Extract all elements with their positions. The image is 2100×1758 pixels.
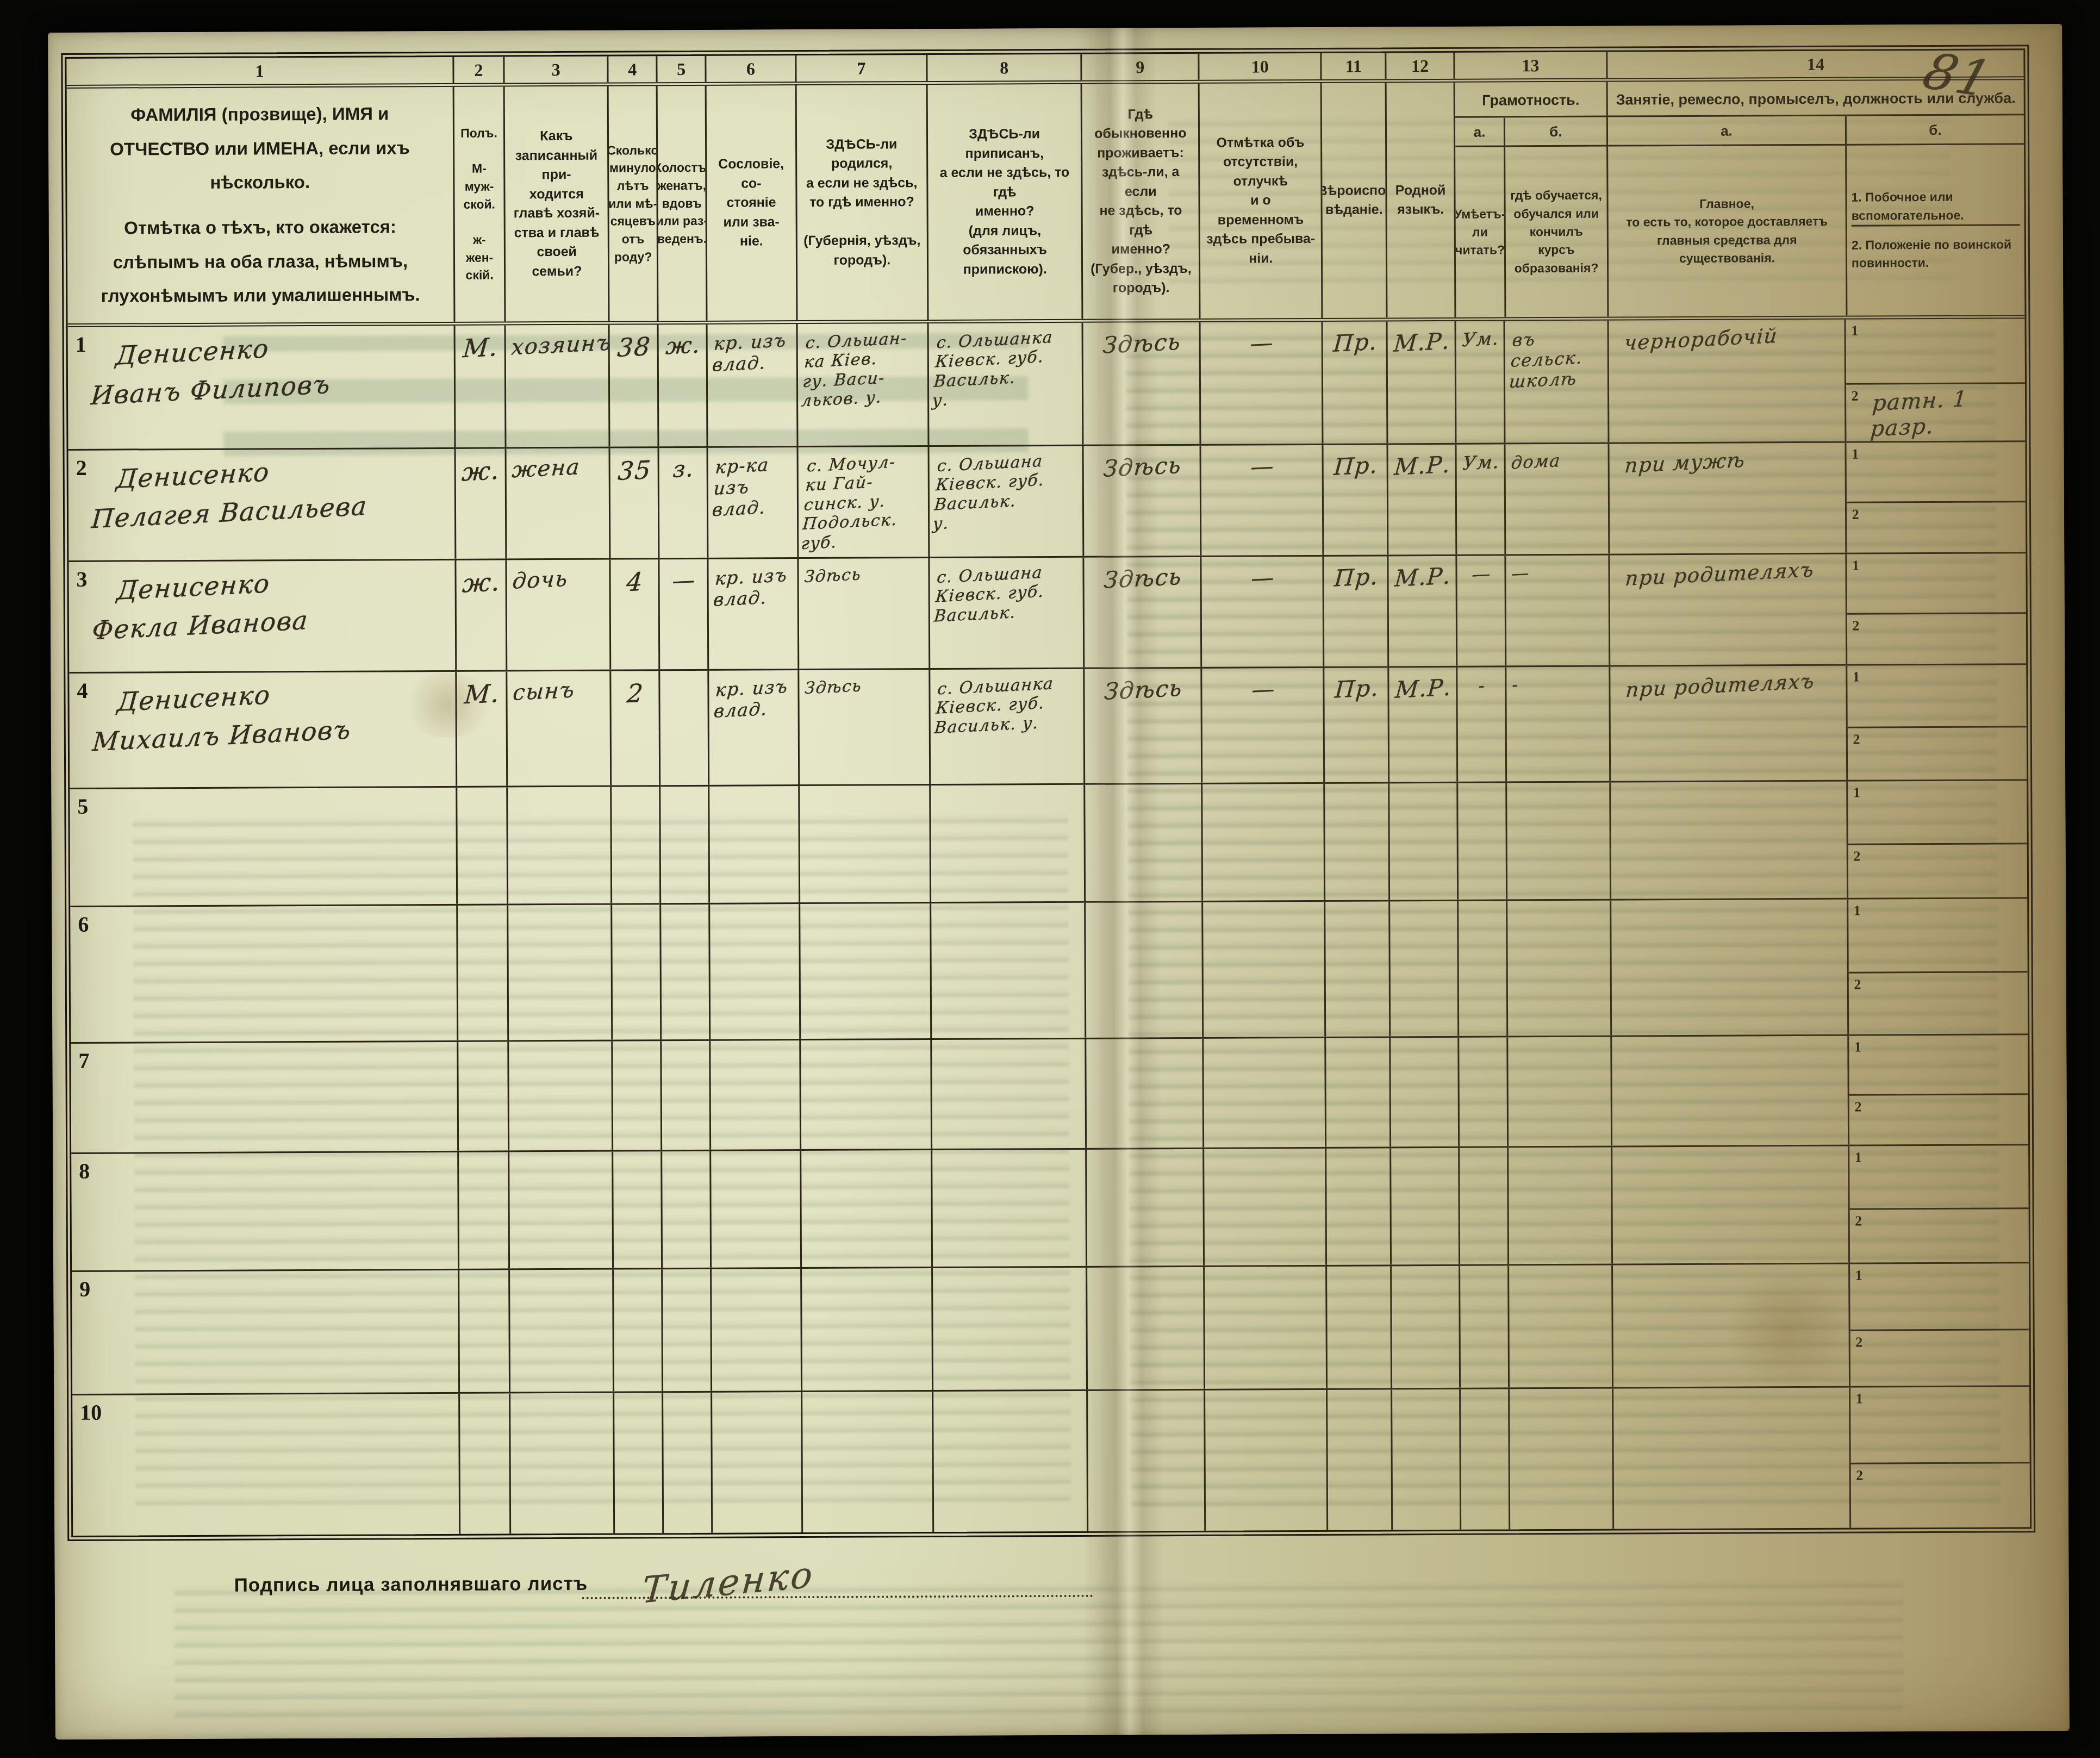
sub-number: 1 xyxy=(1854,1039,1861,1056)
cell-abs: — xyxy=(1201,445,1324,556)
handwritten-entry: с. Мочул- ки Гай- синск. у. Подольск. гу… xyxy=(800,452,902,553)
row-number: 3 xyxy=(76,566,87,592)
cell-lang xyxy=(1389,783,1459,900)
cell-live xyxy=(1086,902,1204,1038)
cell-rel: сынъ xyxy=(508,671,612,786)
side-occupation-2: 2 xyxy=(1850,1462,2030,1528)
row-number: 5 xyxy=(77,794,88,819)
cell-rel xyxy=(510,1152,614,1269)
cell-reg xyxy=(933,1268,1088,1390)
cell-live xyxy=(1087,1267,1205,1389)
cell-occ xyxy=(1612,1036,1849,1146)
header-sex: Полъ. М-муж- ской. ж-жен- скій. xyxy=(454,86,506,321)
sub-number: 2 xyxy=(1856,1468,1863,1484)
handwritten-entry: сынъ xyxy=(512,677,576,706)
cell-sex: М. xyxy=(455,325,507,447)
column-number: 4 xyxy=(609,56,658,82)
handwritten-entry: въ сельск. школѣ xyxy=(1509,326,1605,392)
surname: Денисенко xyxy=(115,334,270,371)
cell-faith: Пр. xyxy=(1324,445,1389,555)
cell-school: — xyxy=(1506,556,1611,666)
cell-mar xyxy=(661,905,711,1039)
cell-lang xyxy=(1392,1389,1461,1530)
row-number: 1 xyxy=(76,332,86,357)
column-number: 5 xyxy=(658,56,707,82)
side-occupation-1: 1 xyxy=(1846,319,2025,383)
cell-est: кр. изъ влад. xyxy=(709,670,800,785)
handwritten-entry: 2 xyxy=(626,678,645,709)
cell-faith: Пр. xyxy=(1325,668,1390,782)
cell-sex xyxy=(460,1393,512,1533)
side-occupation-2: 2 xyxy=(1849,1093,2028,1145)
occupation-sub-b: б. 1. Побочное или вспомогательное. 2. П… xyxy=(1847,116,2025,316)
cell-faith xyxy=(1328,1389,1393,1530)
column-number: 8 xyxy=(927,54,1082,81)
handwritten-entry: с. Ольшанка Кіевск. губ. Васильк. у. xyxy=(934,674,1055,738)
cell-number-and-name: 10 xyxy=(72,1394,460,1536)
cell-born xyxy=(802,1392,934,1532)
cell-live xyxy=(1087,1039,1205,1148)
cell-occupation-side: 12 xyxy=(1849,1035,2028,1144)
cell-faith: Пр. xyxy=(1324,556,1389,666)
side-occupation-2: 2 xyxy=(1848,843,2027,897)
handwritten-entry: 35 xyxy=(617,455,653,486)
cell-school: дома xyxy=(1506,444,1610,554)
cell-occupation-side: 12 xyxy=(1849,1145,2029,1262)
cell-abs xyxy=(1203,784,1326,901)
handwritten-entry: кр. изъ влад. xyxy=(712,330,787,376)
cell-mar xyxy=(663,1269,712,1391)
cell-faith xyxy=(1326,901,1391,1037)
side-occupation-2: 2 xyxy=(1847,726,2027,780)
cell-occ xyxy=(1612,1146,1850,1264)
cell-born xyxy=(801,1040,932,1149)
cell-abs xyxy=(1205,1390,1328,1531)
person-row: 1ДенисенкоИванъ ФилиповъМ.хозяинъ38ж.кр.… xyxy=(68,319,2026,451)
header-residence: Гдѣ обыкновенно проживаетъ: здѣсь-ли, а … xyxy=(1082,84,1201,319)
occupation-subcolumns: а. Главное, то есть то, которое доставля… xyxy=(1608,116,2025,317)
side-occupation-1: 1 xyxy=(1847,665,2027,726)
cell-reads xyxy=(1460,1265,1510,1387)
handwritten-entry: кр. изъ влад. xyxy=(713,676,789,722)
cell-rel xyxy=(509,905,613,1040)
cell-reg xyxy=(932,1150,1087,1267)
column-number: 13 xyxy=(1455,52,1608,79)
name xyxy=(118,917,452,918)
cell-occupation-side: 12 xyxy=(1848,781,2027,897)
side-occupation-2: 2 xyxy=(1849,1207,2029,1262)
handwritten-entry: ратн. 1 разр. xyxy=(1869,384,2021,442)
handwritten-entry: дочь xyxy=(512,566,569,595)
sub-number: 2 xyxy=(1852,506,1859,522)
sub-label-b: б. xyxy=(1505,117,1606,147)
name xyxy=(120,1281,453,1283)
cell-rel: жена xyxy=(507,448,611,559)
cell-abs xyxy=(1204,1038,1327,1148)
handwritten-entry: — xyxy=(1249,452,1275,481)
person-row: 3ДенисенкоФекла Ивановаж.дочь4—кр. изъ в… xyxy=(68,553,2026,674)
surname: Денисенко xyxy=(116,569,271,606)
header-side-occupation: 1. Побочное или вспомогательное. xyxy=(1851,188,2020,225)
handwritten-entry: хозяинъ xyxy=(510,330,613,360)
handwritten-entry: Пр. xyxy=(1333,675,1380,704)
handwritten-entry: Здѣсь xyxy=(1103,563,1183,594)
cell-sex: ж. xyxy=(456,448,507,558)
cell-reg xyxy=(931,785,1086,902)
handwritten-entry: жена xyxy=(511,454,581,483)
column-number: 3 xyxy=(505,57,609,83)
handwritten-entry: с. Ольшана Кіевск. губ. Васильк. у. xyxy=(932,451,1047,534)
literacy-sub-a: а. Умѣетъ- ли читать? xyxy=(1455,118,1506,317)
header-birthplace: ЗДѢСЬ-ли родился, а если не здѣсь, то гд… xyxy=(796,85,929,320)
cell-est: кр. изъ влад. xyxy=(709,559,799,669)
cell-rel: дочь xyxy=(507,560,612,670)
occupation-sub-a: а. Главное, то есть то, которое доставля… xyxy=(1608,116,1848,317)
sub-number: 2 xyxy=(1852,618,1859,634)
cell-born xyxy=(800,903,932,1039)
header-name-line2: Отмѣтка о тѣхъ, кто окажется: слѣпымъ на… xyxy=(80,210,441,314)
sub-number: 2 xyxy=(1853,732,1860,748)
cell-occupation-side: 12 xyxy=(1846,442,2026,552)
handwritten-entry: М.Р. xyxy=(1393,562,1452,592)
cell-reads xyxy=(1458,783,1507,899)
cell-live: Здѣсь xyxy=(1085,557,1202,668)
side-occupation-2: 2 xyxy=(1847,612,2026,664)
person-row: 612 xyxy=(70,899,2028,1044)
header-military-status: 2. Положеніе по воинской повинности. xyxy=(1852,224,2020,272)
side-occupation-1: 1 xyxy=(1847,553,2026,613)
handwritten-entry: — xyxy=(1250,675,1276,703)
handwritten-entry: М.Р. xyxy=(1393,451,1452,481)
cell-est xyxy=(711,1040,801,1150)
row-number: 4 xyxy=(77,678,88,703)
sub-number: 1 xyxy=(1852,446,1859,463)
cell-occ xyxy=(1611,782,1848,899)
handwritten-entry: 38 xyxy=(616,332,652,363)
side-occupation-2: 2 xyxy=(1847,501,2026,553)
header-religion: Вѣроиспо- вѣданіе. xyxy=(1322,83,1388,318)
cell-number-and-name: 3ДенисенкоФекла Иванова xyxy=(68,560,457,672)
handwritten-entry: - xyxy=(1478,675,1486,697)
cell-est xyxy=(711,1151,802,1268)
cell-reg xyxy=(933,1391,1089,1532)
signature: Тиленко xyxy=(640,1554,816,1612)
cell-occ: чернорабочій xyxy=(1609,320,1846,442)
table-header-row: ФАМИЛІЯ (прозвище), ИМЯ и ОТЧЕСТВО или И… xyxy=(67,80,2025,327)
cell-occ: при родителяхъ xyxy=(1610,554,1847,665)
column-number: 1 xyxy=(66,57,454,85)
header-age: Сколько минуло лѣтъ или мѣ- сяцевъ отъ р… xyxy=(609,86,659,321)
cell-born: с. Мочул- ки Гай- синск. у. Подольск. гу… xyxy=(798,447,930,557)
cell-mar: ж. xyxy=(659,325,708,446)
cell-abs xyxy=(1205,1267,1328,1389)
person-row: 1012 xyxy=(72,1387,2030,1536)
cell-occ: при мужѣ xyxy=(1609,443,1846,554)
handwritten-entry: Ум. xyxy=(1461,328,1500,352)
name xyxy=(117,799,451,800)
sub-number: 2 xyxy=(1854,1099,1861,1115)
header-occupation-main: Главное, то есть то, которое доставляетъ… xyxy=(1608,146,1846,317)
name xyxy=(119,1053,452,1055)
person-row: 912 xyxy=(72,1263,2029,1395)
handwritten-entry: дома xyxy=(1510,451,1561,473)
cell-rel xyxy=(510,1270,614,1392)
column-number: 11 xyxy=(1322,53,1387,79)
cell-number-and-name: 7 xyxy=(71,1042,459,1152)
side-occupation-2: 2 xyxy=(1850,1329,2029,1386)
cell-number-and-name: 9 xyxy=(72,1270,460,1394)
cell-number-and-name: 4ДенисенкоМихаилъ Ивановъ xyxy=(69,672,457,788)
sub-number: 1 xyxy=(1852,558,1859,574)
handwritten-entry: Здѣсь xyxy=(1102,328,1182,359)
cell-abs: — xyxy=(1202,557,1325,667)
cell-abs: — xyxy=(1202,668,1325,783)
cell-mar xyxy=(663,1393,713,1533)
sub-number: 1 xyxy=(1853,785,1860,801)
cell-est: кр-ка изъ влад. xyxy=(708,447,799,558)
cell-reads: Ум. xyxy=(1456,321,1506,442)
cell-faith: Пр. xyxy=(1323,321,1388,444)
cell-number-and-name: 2ДенисенкоПелагея Васильева xyxy=(68,449,457,560)
sub-number: 2 xyxy=(1852,388,1859,404)
cell-reads: - xyxy=(1457,667,1507,781)
cell-occupation-side: 12ратн. 1 разр. xyxy=(1846,319,2025,441)
cell-reads: — xyxy=(1457,556,1507,665)
given-name: Пелагея Васильева xyxy=(90,488,451,535)
cell-age xyxy=(613,1041,662,1150)
cell-age: 35 xyxy=(610,448,660,558)
side-occupation-1: 1 xyxy=(1846,442,2026,501)
header-estate: Сословіе, со- стояніе или зва- ніе. xyxy=(707,85,797,321)
person-row: 2ДенисенкоПелагея Васильеваж.жена35з.кр-… xyxy=(68,442,2026,562)
cell-lang xyxy=(1391,1148,1460,1265)
cell-born xyxy=(801,1150,933,1267)
cell-reads xyxy=(1460,1148,1509,1264)
side-occupation-2: 2ратн. 1 разр. xyxy=(1846,382,2026,441)
cell-live xyxy=(1088,1391,1206,1531)
cell-abs xyxy=(1205,1149,1328,1265)
cell-number-and-name: 6 xyxy=(70,906,458,1042)
cell-live: Здѣсь xyxy=(1085,669,1203,783)
cell-occ: при родителяхъ xyxy=(1610,666,1848,781)
column-number: 14 xyxy=(1607,50,2023,78)
sub-number: 1 xyxy=(1855,1268,1862,1284)
header-occupation-side: 1. Побочное или вспомогательное. 2. Поло… xyxy=(1847,145,2024,315)
header-absence: Отмѣтка объ отсутствіи, отлучкѣ и о врем… xyxy=(1200,83,1323,319)
handwritten-entry: с. Ольшан- ка Кіев. гу. Васи- льков. у. xyxy=(800,329,907,411)
header-occupation-title: Занятіе, ремесло, промыселъ, должность и… xyxy=(1608,80,2025,117)
cell-born: с. Ольшан- ка Кіев. гу. Васи- льков. у. xyxy=(797,323,929,446)
side-occupation-1: 1 xyxy=(1848,899,2028,971)
cell-school: въ сельск. школѣ xyxy=(1505,321,1610,443)
column-number: 12 xyxy=(1387,53,1455,79)
handwritten-entry: Здѣсь xyxy=(804,676,862,699)
cell-est xyxy=(710,904,801,1039)
cell-school xyxy=(1507,783,1611,900)
cell-mar: — xyxy=(660,559,709,669)
handwritten-entry: кр. изъ влад. xyxy=(713,565,788,611)
cell-age: 38 xyxy=(610,325,659,446)
name xyxy=(119,1163,453,1165)
cell-est xyxy=(712,1269,802,1391)
sub-number: 1 xyxy=(1851,323,1858,339)
given-name: Иванъ Филиповъ xyxy=(90,364,450,412)
handwritten-entry: — xyxy=(1511,563,1530,584)
cell-mar: з. xyxy=(659,448,709,558)
cell-sex: ж. xyxy=(456,560,507,670)
handwritten-entry: — xyxy=(671,566,697,595)
header-registration: ЗДѢСЬ-ли приписанъ, а если не здѣсь, то … xyxy=(928,84,1083,320)
cell-reads xyxy=(1461,1389,1510,1529)
census-sheet: 81 1 2 3 4 5 6 7 8 9 10 11 12 13 14 ФАМИ… xyxy=(48,24,2070,1740)
cell-reg: с. Ольшана Кіевск. губ. Васильк. у. xyxy=(929,446,1084,557)
cell-lang: М.Р. xyxy=(1389,668,1458,782)
cell-born: Здѣсь xyxy=(799,558,930,669)
cell-sex xyxy=(459,1152,510,1268)
header-name-line1: ФАМИЛІЯ (прозвище), ИМЯ и ОТЧЕСТВО или И… xyxy=(80,97,440,201)
side-occupation-1: 1 xyxy=(1849,1145,2029,1208)
cell-sex xyxy=(458,1042,509,1150)
cell-faith xyxy=(1325,783,1391,900)
row-number: 6 xyxy=(78,912,89,937)
signature-line: Тиленко xyxy=(582,1595,1093,1599)
column-number: 2 xyxy=(454,57,505,83)
name: ДенисенкоИванъ Филиповъ xyxy=(116,336,450,404)
column-number: 10 xyxy=(1200,53,1322,80)
cell-school: - xyxy=(1506,667,1611,782)
name: ДенисенкоПелагея Васильева xyxy=(116,460,450,527)
cell-faith xyxy=(1327,1148,1392,1265)
cell-occ xyxy=(1613,1388,1851,1529)
handwritten-entry: М. xyxy=(462,332,499,364)
row-number: 9 xyxy=(79,1276,90,1302)
given-name: Михаилъ Ивановъ xyxy=(91,710,452,758)
row-number: 8 xyxy=(79,1158,90,1184)
cell-mar xyxy=(660,671,709,785)
cell-faith xyxy=(1326,1038,1392,1147)
handwritten-entry: ж. xyxy=(462,567,502,599)
cell-rel: хозяинъ xyxy=(506,325,610,447)
row-number: 7 xyxy=(78,1048,89,1074)
handwritten-entry: при родителяхъ xyxy=(1624,558,1815,591)
handwritten-entry: Здѣсь xyxy=(1104,675,1183,706)
column-number: 9 xyxy=(1082,54,1200,80)
cell-mar xyxy=(662,1041,711,1150)
person-row: 4ДенисенкоМихаилъ ИвановъМ.сынъ2кр. изъ … xyxy=(69,665,2027,789)
handwritten-entry: — xyxy=(1471,563,1492,586)
side-occupation-1: 1 xyxy=(1849,1035,2028,1094)
cell-age: 4 xyxy=(611,559,660,669)
handwritten-entry: Здѣсь xyxy=(803,565,862,587)
handwritten-entry: з. xyxy=(672,455,695,483)
cell-live xyxy=(1086,784,1204,901)
handwritten-entry: М. xyxy=(463,678,501,710)
sub-number: 2 xyxy=(1854,976,1861,993)
cell-est xyxy=(712,1392,803,1533)
cell-lang: М.Р. xyxy=(1388,445,1457,555)
header-relation: Какъ записанный при- ходится главѣ хозяй… xyxy=(505,86,610,322)
side-occupation-1: 1 xyxy=(1850,1387,2030,1463)
cell-rel xyxy=(510,1393,615,1534)
cell-mar xyxy=(660,787,710,903)
side-occupation-2: 2 xyxy=(1848,971,2028,1034)
handwritten-entry: с. Ольшана Кіевск. губ. Васильк. xyxy=(933,563,1046,626)
handwritten-entry: чернорабочій xyxy=(1623,324,1778,355)
cell-reg: с. Ольшанка Кіевск. губ. Васильк. у. xyxy=(929,323,1083,445)
cell-abs xyxy=(1204,902,1326,1037)
literacy-subcolumns: а. Умѣетъ- ли читать? б. гдѣ обучается, … xyxy=(1455,117,1607,317)
sub-label-a: а. xyxy=(1455,118,1504,147)
cell-mar xyxy=(662,1151,712,1268)
header-literacy-group: Грамотность. а. Умѣетъ- ли читать? б. гд… xyxy=(1455,82,1609,317)
cell-live: Здѣсь xyxy=(1083,322,1201,445)
handwritten-entry: Пр. xyxy=(1332,452,1379,481)
cell-school xyxy=(1509,1265,1613,1388)
surname: Денисенко xyxy=(116,680,272,718)
cell-occ xyxy=(1611,900,1849,1036)
cell-sex xyxy=(457,787,509,903)
column-number: 7 xyxy=(796,55,927,82)
name: ДенисенкоМихаилъ Ивановъ xyxy=(117,683,451,750)
cell-sex xyxy=(459,1270,511,1392)
cell-number-and-name: 1ДенисенкоИванъ Филиповъ xyxy=(68,326,456,449)
signature-label: Подпись лица заполнявшаго листъ xyxy=(234,1573,588,1596)
handwritten-entry: при родителяхъ xyxy=(1625,669,1816,702)
handwritten-entry: кр-ка изъ влад. xyxy=(712,453,795,521)
cell-occupation-side: 12 xyxy=(1847,553,2026,664)
side-occupation-1: 1 xyxy=(1848,781,2027,844)
cell-est xyxy=(709,786,800,903)
row-number: 10 xyxy=(80,1400,102,1425)
cell-age xyxy=(613,1151,663,1268)
header-literacy-title: Грамотность. xyxy=(1455,82,1609,119)
sub-number: 1 xyxy=(1855,1150,1862,1166)
cell-reg: с. Ольшанка Кіевск. губ. Васильк. у. xyxy=(930,669,1085,784)
cell-school xyxy=(1509,1148,1613,1264)
header-where-studied: гдѣ обучается, обучался или кончилъ курс… xyxy=(1505,147,1607,317)
handwritten-entry: М.Р. xyxy=(1393,327,1451,357)
cell-reg xyxy=(931,903,1086,1038)
header-occupation-group: Занятіе, ремесло, промыселъ, должность и… xyxy=(1608,80,2025,316)
sub-number: 2 xyxy=(1853,849,1860,865)
cell-born xyxy=(800,786,931,902)
handwritten-entry: Ум. xyxy=(1462,451,1500,475)
cell-occ xyxy=(1613,1264,1850,1387)
handwritten-entry: ж. xyxy=(461,456,501,487)
cell-number-and-name: 8 xyxy=(71,1152,459,1270)
cell-school xyxy=(1507,901,1612,1036)
cell-faith xyxy=(1327,1266,1392,1388)
name xyxy=(120,1405,454,1406)
person-row: 512 xyxy=(70,781,2027,907)
surname: Денисенко xyxy=(115,457,271,495)
cell-est: кр. изъ влад. xyxy=(708,324,799,446)
cell-lang xyxy=(1392,1266,1461,1388)
cell-school xyxy=(1510,1389,1614,1530)
cell-reads xyxy=(1459,1037,1509,1146)
cell-lang: М.Р. xyxy=(1389,556,1458,666)
cell-age xyxy=(614,1393,664,1533)
handwritten-entry: - xyxy=(1511,675,1519,696)
handwritten-entry: Здѣсь xyxy=(1102,452,1182,483)
cell-occupation-side: 12 xyxy=(1847,665,2027,780)
cell-sex: М. xyxy=(457,671,508,786)
cell-reads xyxy=(1459,901,1508,1036)
cell-rel xyxy=(508,787,613,904)
handwritten-entry: при мужѣ xyxy=(1624,448,1746,478)
cell-reg xyxy=(932,1039,1087,1149)
sub-number: 1 xyxy=(1854,903,1861,919)
